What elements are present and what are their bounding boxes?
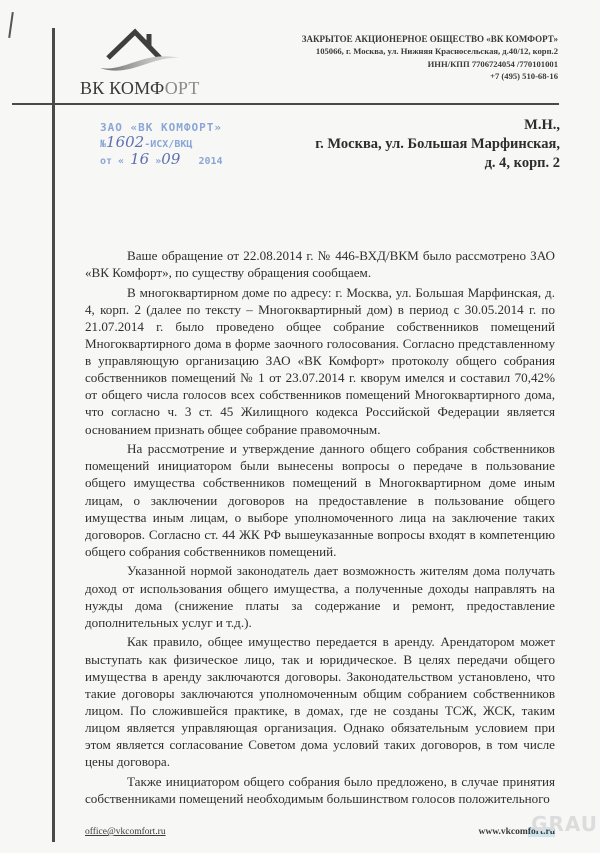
recipient-street: г. Москва, ул. Большая Марфинская, bbox=[315, 135, 560, 154]
footer-email-link[interactable]: office@vkcomfort.ru bbox=[85, 827, 166, 837]
paragraph: Также инициатором общего собрания было п… bbox=[85, 773, 555, 807]
stamp-number: 1602 bbox=[106, 133, 144, 151]
outgoing-stamp: ЗАО «ВК КОМФОРТ» №1602-ИСХ/ВКЦ от « 16 »… bbox=[100, 120, 223, 169]
company-inn-kpp: ИНН/КПП 7706724054 /770101001 bbox=[302, 58, 558, 70]
recipient-block: М.Н., г. Москва, ул. Большая Марфинская,… bbox=[315, 116, 560, 173]
recipient-building: д. 4, корп. 2 bbox=[315, 154, 560, 173]
company-phone: +7 (495) 510-68-16 bbox=[302, 70, 558, 82]
letter-body: Ваше обращение от 22.08.2014 г. № 446-ВХ… bbox=[85, 247, 555, 807]
handwritten-page-mark bbox=[8, 12, 14, 38]
paragraph: Указанной нормой законодатель дает возмо… bbox=[85, 562, 555, 630]
logo-wordmark: ВК КОМФОРТ bbox=[80, 78, 200, 99]
company-address: 105066, г. Москва, ул. Нижняя Красносель… bbox=[302, 45, 558, 57]
company-name: ЗАКРЫТОЕ АКЦИОНЕРНОЕ ОБЩЕСТВО «ВК КОМФОР… bbox=[302, 33, 558, 45]
house-roof-icon bbox=[100, 28, 190, 76]
stamp-date-line: от « 16 »09 2014 bbox=[100, 152, 223, 169]
stamp-day: 16 bbox=[130, 150, 149, 168]
paragraph: Как правило, общее имущество передается … bbox=[85, 633, 555, 770]
paragraph: На рассмотрение и утверждение данного об… bbox=[85, 440, 555, 560]
letterhead-vertical-rule bbox=[52, 28, 55, 842]
stamp-year: 2014 bbox=[198, 156, 222, 167]
stamp-month: 09 bbox=[161, 150, 180, 168]
company-details: ЗАКРЫТОЕ АКЦИОНЕРНОЕ ОБЩЕСТВО «ВК КОМФОР… bbox=[302, 33, 558, 82]
recipient-name: М.Н., bbox=[315, 116, 560, 135]
paragraph: В многоквартирном доме по адресу: г. Мос… bbox=[85, 284, 555, 438]
watermark: GRAU bbox=[531, 812, 598, 836]
company-logo: ВК КОМФОРТ bbox=[78, 28, 218, 98]
paragraph: Ваше обращение от 22.08.2014 г. № 446-ВХ… bbox=[85, 247, 555, 281]
letterhead-horizontal-rule bbox=[12, 103, 559, 105]
